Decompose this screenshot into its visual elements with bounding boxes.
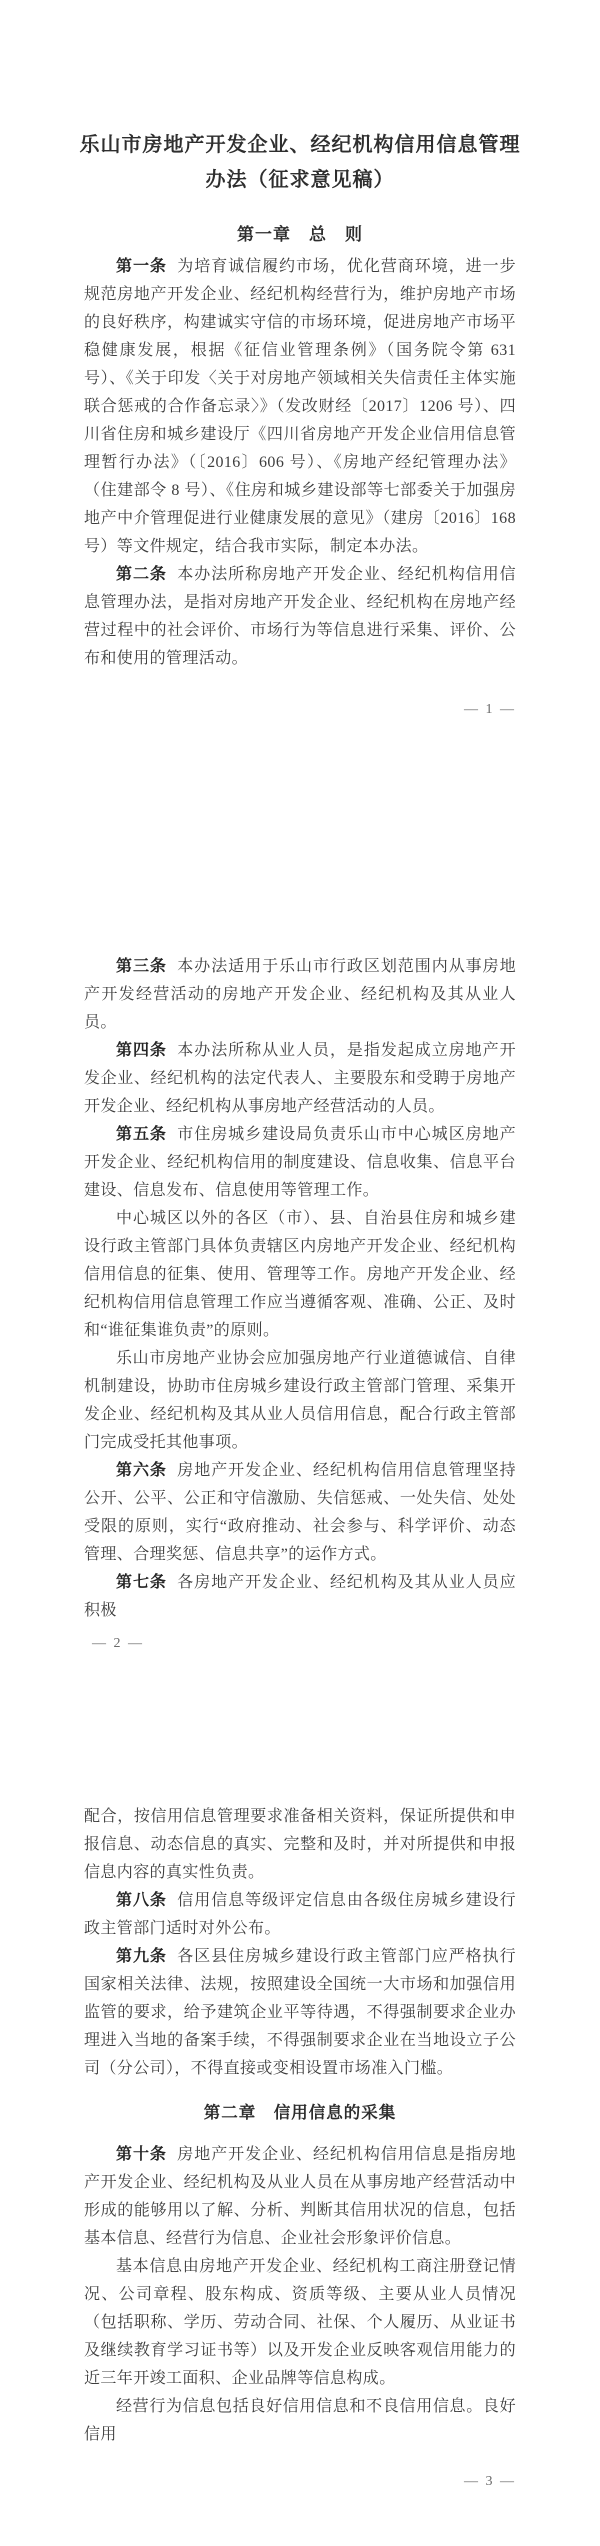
article-9-text: 各区县住房城乡建设行政主管部门应严格执行国家相关法律、法规，按照建设全国统一大市… <box>84 1948 516 2077</box>
article-10-marker: 第十条 <box>116 2146 177 2163</box>
paragraph-article-8: 第八条信用信息等级评定信息由各级住房城乡建设行政主管部门适时对外公布。 <box>84 1887 516 1943</box>
paragraph-article-6: 第六条房地产开发企业、经纪机构信用信息管理坚持公开、公平、公正和守信激励、失信惩… <box>84 1457 516 1569</box>
paragraph-article-1: 第一条为培育诚信履约市场，优化营商环境，进一步规范房地产开发企业、经纪机构经营行… <box>84 253 516 561</box>
article-1-text: 为培育诚信履约市场，优化营商环境，进一步规范房地产开发企业、经纪机构经营行为，维… <box>84 258 516 555</box>
paragraph-article-7: 第七条各房地产开发企业、经纪机构及其从业人员应积极 <box>84 1569 516 1625</box>
article-8-marker: 第八条 <box>116 1892 177 1909</box>
article-10-sub-1-text: 基本信息由房地产开发企业、经纪机构工商注册登记情况、公司章程、股东构成、资质等级… <box>84 2258 516 2387</box>
document-canvas: { "document": { "title": "乐山市房地产开发企业、经纪机… <box>0 0 600 2546</box>
paragraph-article-5: 第五条市住房城乡建设局负责乐山市中心城区房地产开发企业、经纪机构信用的制度建设、… <box>84 1121 516 1205</box>
article-5-sub-1-text: 中心城区以外的各区（市）、县、自治县住房和城乡建设行政主管部门具体负责辖区内房地… <box>84 1210 516 1339</box>
article-1-marker: 第一条 <box>116 258 177 275</box>
document-title: 乐山市房地产开发企业、经纪机构信用信息管理办法（征求意见稿） <box>74 128 526 198</box>
page-number-2: — 2 — <box>92 1635 516 1653</box>
paragraph-article-2: 第二条本办法所称房地产开发企业、经纪机构信用信息管理办法，是指对房地产开发企业、… <box>84 561 516 673</box>
article-6-marker: 第六条 <box>116 1462 177 1479</box>
paragraph-article-9: 第九条各区县住房城乡建设行政主管部门应严格执行国家相关法律、法规，按照建设全国统… <box>84 1943 516 2083</box>
page-3-content-after-chapter: 第十条房地产开发企业、经纪机构信用信息是指房地产开发企业、经纪机构及从业人员在从… <box>84 2141 516 2491</box>
page-number-3: — 3 — <box>84 2473 516 2491</box>
paragraph-article-10: 第十条房地产开发企业、经纪机构信用信息是指房地产开发企业、经纪机构及从业人员在从… <box>84 2141 516 2253</box>
paragraph-article-5-sub-2: 乐山市房地产业协会应加强房地产行业道德诚信、自律机制建设，协助市住房城乡建设行政… <box>84 1345 516 1457</box>
article-9-marker: 第九条 <box>116 1948 177 1965</box>
page-number-1: — 1 — <box>84 701 516 719</box>
paragraph-article-3: 第三条本办法适用于乐山市行政区划范围内从事房地产开发经营活动的房地产开发企业、经… <box>84 953 516 1037</box>
page-1-content: 第一条为培育诚信履约市场，优化营商环境，进一步规范房地产开发企业、经纪机构经营行… <box>84 253 516 719</box>
document-page-2: 第三条本办法适用于乐山市行政区划范围内从事房地产开发经营活动的房地产开发企业、经… <box>0 953 600 1653</box>
chapter-1-heading: 第一章 总 则 <box>0 220 600 245</box>
article-2-marker: 第二条 <box>116 566 177 583</box>
paragraph-article-10-sub-2: 经营行为信息包括良好信用信息和不良信用信息。良好信用 <box>84 2393 516 2449</box>
paragraph-article-10-sub-1: 基本信息由房地产开发企业、经纪机构工商注册登记情况、公司章程、股东构成、资质等级… <box>84 2253 516 2393</box>
article-10-sub-2-text: 经营行为信息包括良好信用信息和不良信用信息。良好信用 <box>84 2398 516 2443</box>
paragraph-article-4: 第四条本办法所称从业人员，是指发起成立房地产开发企业、经纪机构的法定代表人、主要… <box>84 1037 516 1121</box>
article-5-marker: 第五条 <box>116 1126 177 1143</box>
article-5-sub-2-text: 乐山市房地产业协会应加强房地产行业道德诚信、自律机制建设，协助市住房城乡建设行政… <box>84 1350 516 1451</box>
paragraph-article-7-continuation: 配合，按信用信息管理要求准备相关资料，保证所提供和申报信息、动态信息的真实、完整… <box>84 1803 516 1887</box>
article-7-continuation-text: 配合，按信用信息管理要求准备相关资料，保证所提供和申报信息、动态信息的真实、完整… <box>84 1808 516 1881</box>
chapter-2-heading: 第二章 信用信息的采集 <box>0 2099 600 2123</box>
paragraph-article-5-sub-1: 中心城区以外的各区（市）、县、自治县住房和城乡建设行政主管部门具体负责辖区内房地… <box>84 1205 516 1345</box>
page-3-content: 配合，按信用信息管理要求准备相关资料，保证所提供和申报信息、动态信息的真实、完整… <box>84 1803 516 2083</box>
article-7-marker: 第七条 <box>116 1574 177 1591</box>
page-2-content: 第三条本办法适用于乐山市行政区划范围内从事房地产开发经营活动的房地产开发企业、经… <box>84 953 516 1653</box>
article-4-marker: 第四条 <box>116 1042 177 1059</box>
document-page-3: 配合，按信用信息管理要求准备相关资料，保证所提供和申报信息、动态信息的真实、完整… <box>0 1803 600 2491</box>
article-3-marker: 第三条 <box>116 958 177 975</box>
document-page-1: 乐山市房地产开发企业、经纪机构信用信息管理办法（征求意见稿） 第一章 总 则 第… <box>0 0 600 719</box>
